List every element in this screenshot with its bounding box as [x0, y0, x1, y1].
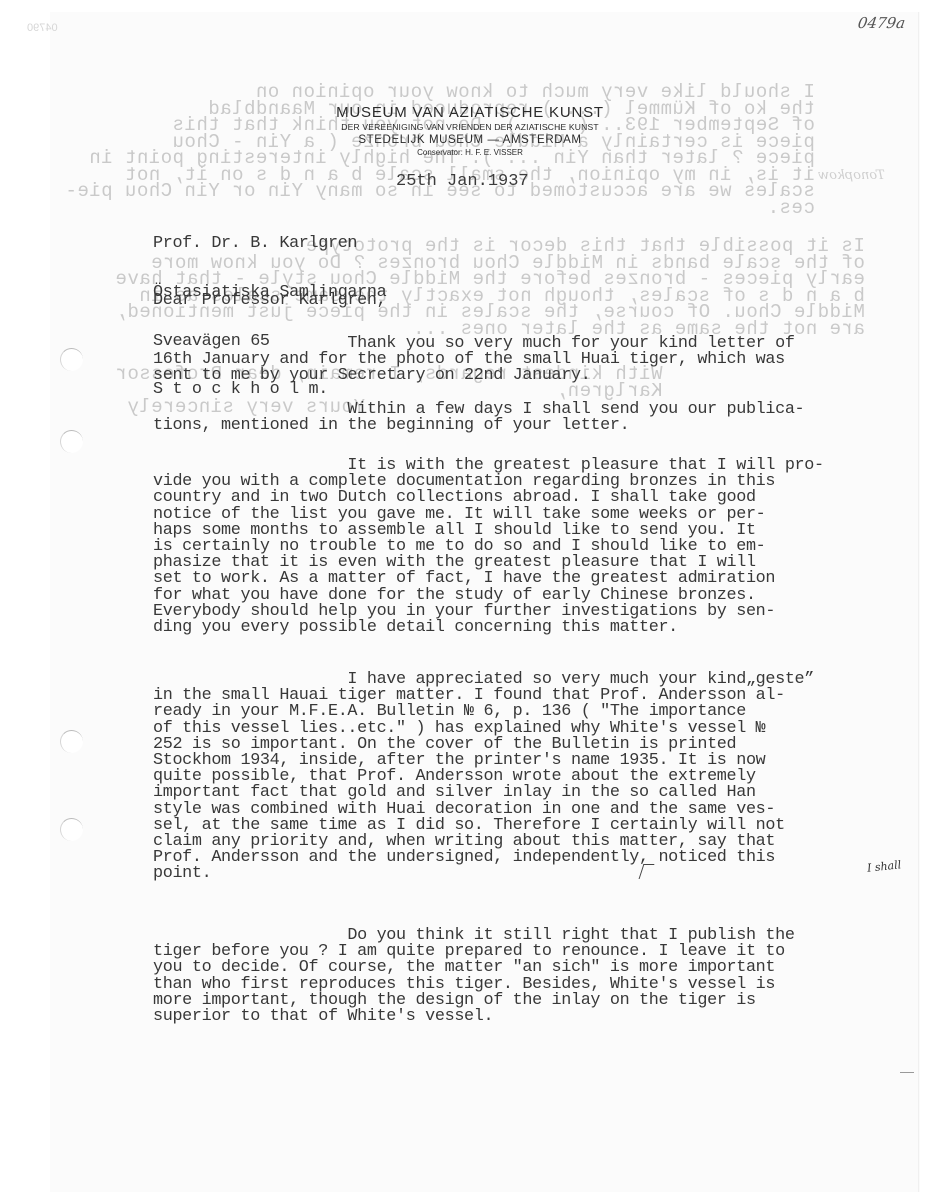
text-line: Prof. Andersson and the undersigned, ind… — [153, 850, 814, 866]
text-line: ding you every possible detail concernin… — [153, 620, 824, 636]
margin-dash — [900, 1072, 914, 1073]
pencil-note: Tonopkow — [818, 168, 885, 183]
archive-stamp-ghost: 04790 — [27, 22, 58, 34]
page-edge — [918, 12, 919, 1192]
archive-number: 0479a — [857, 14, 907, 32]
punch-hole — [60, 348, 83, 371]
body-paragraph: I have appreciated so very much your kin… — [153, 672, 814, 883]
letterhead-title: MUSEUM VAN AZIATISCHE KUNST — [300, 104, 640, 121]
body-paragraph: Within a few days I shall send you our p… — [153, 402, 804, 434]
punch-hole — [60, 818, 83, 841]
letterhead-society: DER VEREENIGING VAN VRIENDEN DER AZIATIS… — [300, 121, 640, 133]
punch-hole — [60, 430, 83, 453]
salutation: Dear Professor Karlgren, — [153, 293, 386, 309]
letter-date: 25th Jan.1937 — [396, 172, 529, 191]
letterhead-museum: STEDELIJK MUSEUM — AMSTERDAM — [300, 133, 640, 147]
body-paragraph: Thank you so very much for your kind let… — [153, 336, 795, 385]
text-line: point. — [153, 866, 814, 882]
punch-hole — [60, 730, 83, 753]
recipient-name: Prof. Dr. B. Karlgren — [153, 236, 386, 252]
body-paragraph: It is with the greatest pleasure that I … — [153, 458, 824, 636]
text-line: superior to that of White's vessel. — [153, 1009, 795, 1025]
body-paragraph: Do you think it still right that I publi… — [153, 928, 795, 1025]
letterhead: MUSEUM VAN AZIATISCHE KUNST DER VEREENIG… — [300, 104, 640, 158]
text-line: sent to me by your Secretary on 22nd Jan… — [153, 368, 795, 384]
letterhead-conservator: Conservator: H. F. E. VISSER — [300, 147, 640, 158]
text-line: tions, mentioned in the beginning of you… — [153, 418, 804, 434]
